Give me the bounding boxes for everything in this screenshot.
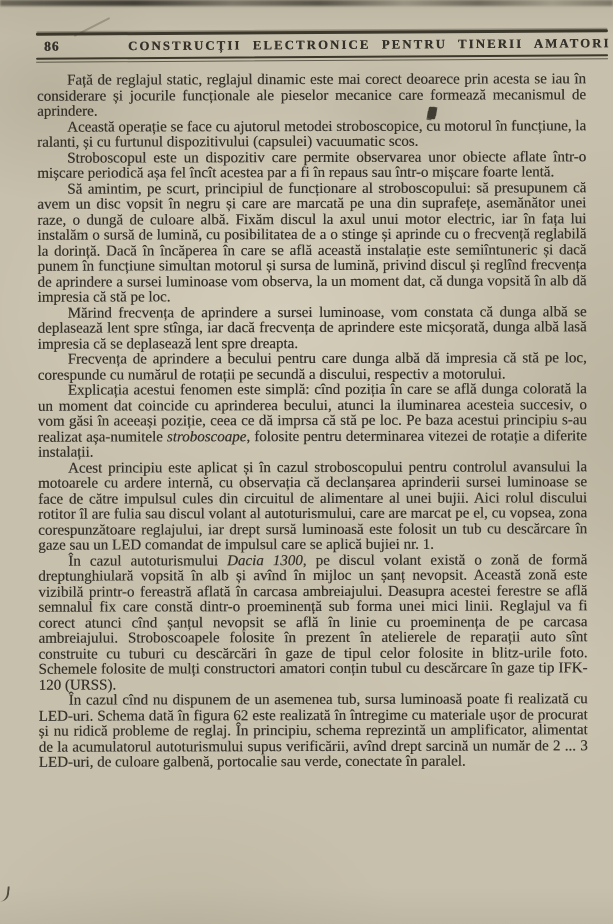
text-run: În cazul autoturismului <box>68 553 227 569</box>
header-title: CONSTRUCȚII ELECTRONICE PENTRU TINERII A… <box>128 36 611 54</box>
book-page: 86 CONSTRUCȚII ELECTRONICE PENTRU TINERI… <box>0 0 613 924</box>
paragraph: Această operație se face cu ajutorul met… <box>37 119 586 151</box>
paragraph: Acest principiu este aplicat și în cazul… <box>38 460 587 554</box>
paragraph: Să amintim, pe scurt, principiul de func… <box>37 181 586 306</box>
text-run: Să amintim, pe scurt, principiul de func… <box>37 180 586 306</box>
text-run: Mărind frecvența de aprindere a sursei l… <box>38 304 587 352</box>
text-run: Această operație se face cu ajutorul met… <box>37 118 586 151</box>
paragraph: În cazul autoturismului Dacia 1300, pe d… <box>38 553 587 694</box>
page-header: 86 CONSTRUCȚII ELECTRONICE PENTRU TINERI… <box>36 29 608 63</box>
paragraph: Frecvența de aprindere a becului pentru … <box>38 351 587 383</box>
italic-run: Dacia 1300 <box>227 553 303 569</box>
text-run: Frecvența de aprindere a becului pentru … <box>38 350 587 383</box>
text-run: Față de reglajul static, reglajul dinami… <box>37 72 586 119</box>
text-run: Stroboscopul este un dispozitiv care per… <box>37 149 586 182</box>
paragraph: În cazul cînd nu dispunem de un asemenea… <box>39 692 588 771</box>
paragraph: Stroboscopul este un dispozitiv care per… <box>37 150 586 182</box>
header-rule-bottom-line2 <box>36 58 608 63</box>
paragraph: Explicația acestui fenomen este simplă: … <box>38 382 587 461</box>
page-number: 86 <box>44 38 128 55</box>
text-run: Acest principiu este aplicat și în cazul… <box>38 459 587 554</box>
text-run: , pe discul volant există o zonă de form… <box>38 552 587 693</box>
paragraph: Mărind frecvența de aprindere a sursei l… <box>38 305 587 353</box>
corner-mark <box>0 886 10 903</box>
scan-edge-smudge <box>0 0 613 6</box>
paragraph: Față de reglajul static, reglajul dinami… <box>37 72 586 120</box>
italic-run: stroboscoape <box>167 429 246 445</box>
page-body: Față de reglajul static, reglajul dinami… <box>37 72 588 873</box>
text-run: În cazul cînd nu dispunem de un asemenea… <box>39 691 588 770</box>
